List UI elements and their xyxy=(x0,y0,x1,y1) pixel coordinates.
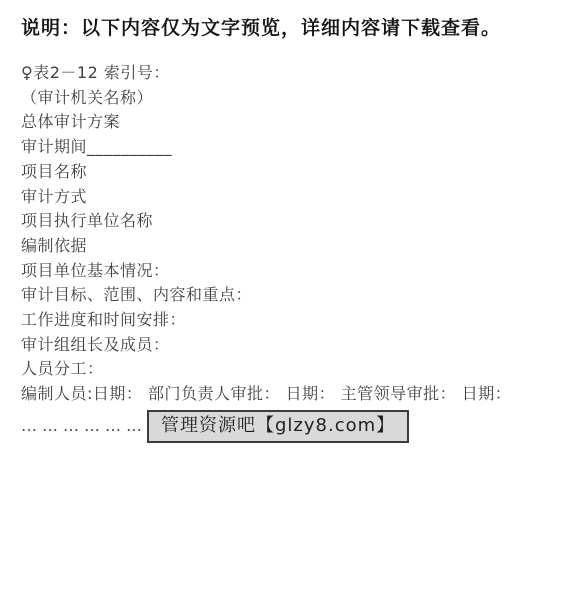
watermark-link[interactable]: 管理资源吧【glzy8.com】 xyxy=(147,410,409,443)
preview-notice: 说明：以下内容仅为文字预览，详细内容请下载查看。 xyxy=(21,15,560,42)
dotted-leader: ……………… xyxy=(21,418,147,434)
document-text-preview: ♀表2－12 索引号： （审计机关名称） 总体审计方案 审计期间________… xyxy=(21,61,560,407)
preview-line: 项目执行单位名称 xyxy=(21,209,560,234)
preview-line: 编制人员:日期： 部门负责人审批： 日期： 主管领导审批： 日期： xyxy=(21,382,560,407)
preview-line: 项目单位基本情况： xyxy=(21,259,560,284)
preview-line: 编制依据 xyxy=(21,234,560,259)
preview-line: 审计方式 xyxy=(21,185,560,210)
preview-line: 审计目标、范围、内容和重点： xyxy=(21,283,560,308)
preview-line: （审计机关名称） xyxy=(21,86,560,111)
document-preview-page: 说明：以下内容仅为文字预览，详细内容请下载查看。 ♀表2－12 索引号： （审计… xyxy=(0,0,578,443)
preview-line: 项目名称 xyxy=(21,160,560,185)
preview-line: 总体审计方案 xyxy=(21,110,560,135)
preview-line: 工作进度和时间安排： xyxy=(21,308,560,333)
preview-line: ♀表2－12 索引号： xyxy=(21,61,560,86)
preview-line: 审计组组长及成员： xyxy=(21,333,560,358)
watermark-row: ……………… 管理资源吧【glzy8.com】 xyxy=(21,410,560,443)
preview-line: 审计期间__________ xyxy=(21,135,560,160)
preview-line: 人员分工： xyxy=(21,357,560,382)
